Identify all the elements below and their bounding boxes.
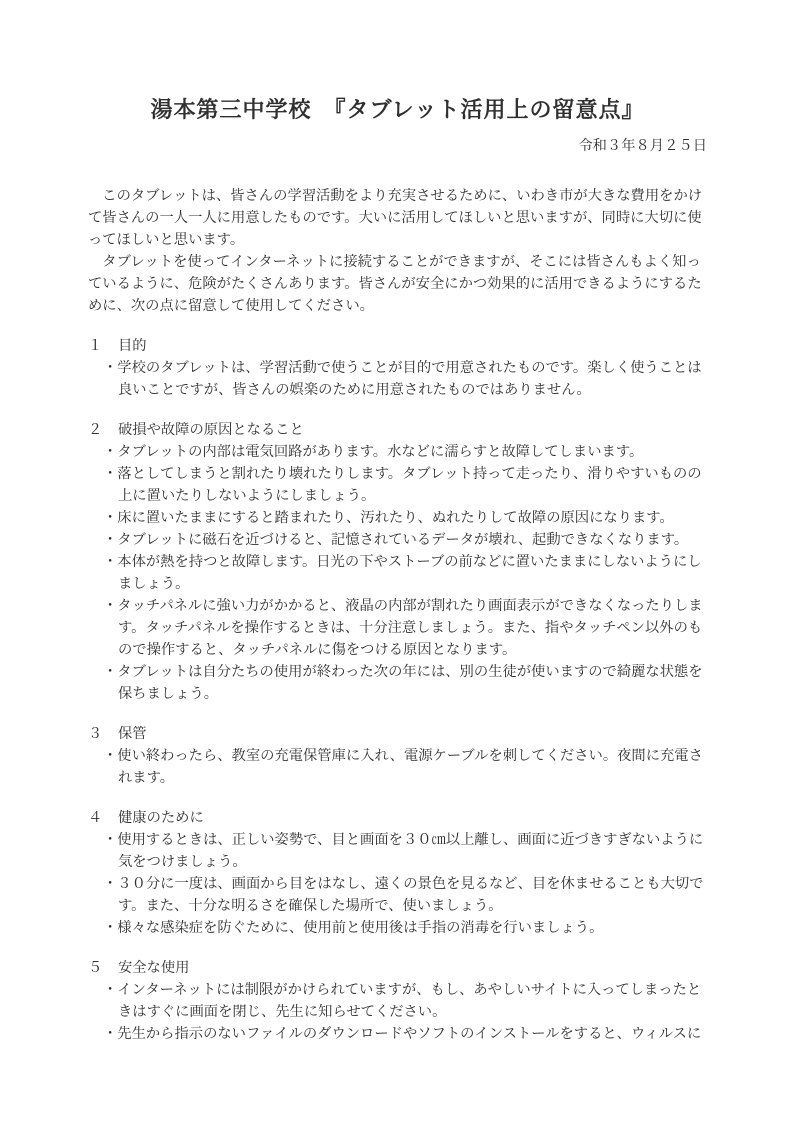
section-5-safe-use: ５安全な使用 ・インターネットには制限がかけられていますが、もし、あやしいサイト…	[88, 957, 707, 1045]
bullet-item: ・使い終わったら、教室の充電保管庫に入れ、電源ケーブルを刺してください。夜間に充…	[88, 745, 707, 789]
bullet-item: ・使用するときは、正しい姿勢で、目と画面を３０㎝以上離し、画面に近づきすぎないよ…	[88, 829, 707, 873]
bullet-item: ・床に置いたままにすると踏まれたり、汚れたり、ぬれたりして故障の原因になります。	[88, 507, 707, 529]
section-1-purpose: １目的 ・学校のタブレットは、学習活動で使うことが目的で用意されたものです。楽し…	[88, 335, 707, 401]
section-number: ４	[88, 807, 118, 829]
section-number: ２	[88, 419, 118, 441]
section-title: 保管	[118, 726, 147, 742]
bullet-item: ・タブレットは自分たちの使用が終わった次の年には、別の生徒が使いますので綺麗な状…	[88, 661, 707, 705]
section-title: 破損や故障の原因となること	[118, 422, 304, 438]
section-4-health: ４健康のために ・使用するときは、正しい姿勢で、目と画面を３０㎝以上離し、画面に…	[88, 807, 707, 939]
document-title: 湯本第三中学校 『タブレット活用上の留意点』	[88, 95, 707, 125]
section-heading: ５安全な使用	[88, 957, 707, 979]
section-title: 目的	[118, 338, 147, 354]
section-number: ３	[88, 723, 118, 745]
section-heading: ４健康のために	[88, 807, 707, 829]
bullet-item: ・学校のタブレットは、学習活動で使うことが目的で用意されたものです。楽しく使うこ…	[88, 357, 707, 401]
bullet-item: ・様々な感染症を防ぐために、使用前と使用後は手指の消毒を行いましょう。	[88, 917, 707, 939]
bullet-item: ・タッチパネルに強い力がかかると、液晶の内部が割れたり画面表示ができなくなったり…	[88, 595, 707, 661]
bullet-item: ・先生から指示のないファイルのダウンロードやソフトのインストールをすると、ウィル…	[88, 1023, 707, 1045]
bullet-item: ・タブレットに磁石を近づけると、記憶されているデータが壊れ、起動できなくなります…	[88, 529, 707, 551]
section-heading: ２破損や故障の原因となること	[88, 419, 707, 441]
document-page: 湯本第三中学校 『タブレット活用上の留意点』 令和３年８月２５日 このタブレット…	[0, 0, 794, 1123]
section-number: １	[88, 335, 118, 357]
section-number: ５	[88, 957, 118, 979]
section-heading: １目的	[88, 335, 707, 357]
intro-block: このタブレットは、皆さんの学習活動をより充実させるために、いわき市が大きな費用を…	[88, 185, 707, 317]
section-title: 健康のために	[118, 810, 204, 826]
bullet-item: ・落としてしまうと割れたり壊れたりします。タブレット持って走ったり、滑りやすいも…	[88, 463, 707, 507]
document-date: 令和３年８月２５日	[88, 135, 707, 157]
intro-paragraph: このタブレットは、皆さんの学習活動をより充実させるために、いわき市が大きな費用を…	[88, 185, 707, 251]
bullet-item: ・本体が熱を持つと故障します。日光の下やストーブの前などに置いたままにしないよう…	[88, 551, 707, 595]
section-2-damage-causes: ２破損や故障の原因となること ・タブレットの内部は電気回路があります。水などに濡…	[88, 419, 707, 705]
section-3-storage: ３保管 ・使い終わったら、教室の充電保管庫に入れ、電源ケーブルを刺してください。…	[88, 723, 707, 789]
section-title: 安全な使用	[118, 960, 189, 976]
section-heading: ３保管	[88, 723, 707, 745]
bullet-item: ・インターネットには制限がかけられていますが、もし、あやしいサイトに入ってしまっ…	[88, 979, 707, 1023]
intro-paragraph: タブレットを使ってインターネットに接続することができますが、そこには皆さんもよく…	[88, 251, 707, 317]
bullet-item: ・タブレットの内部は電気回路があります。水などに濡らすと故障してしまいます。	[88, 441, 707, 463]
bullet-item: ・３０分に一度は、画面から目をはなし、遠くの景色を見るなど、目を休ませることも大…	[88, 873, 707, 917]
